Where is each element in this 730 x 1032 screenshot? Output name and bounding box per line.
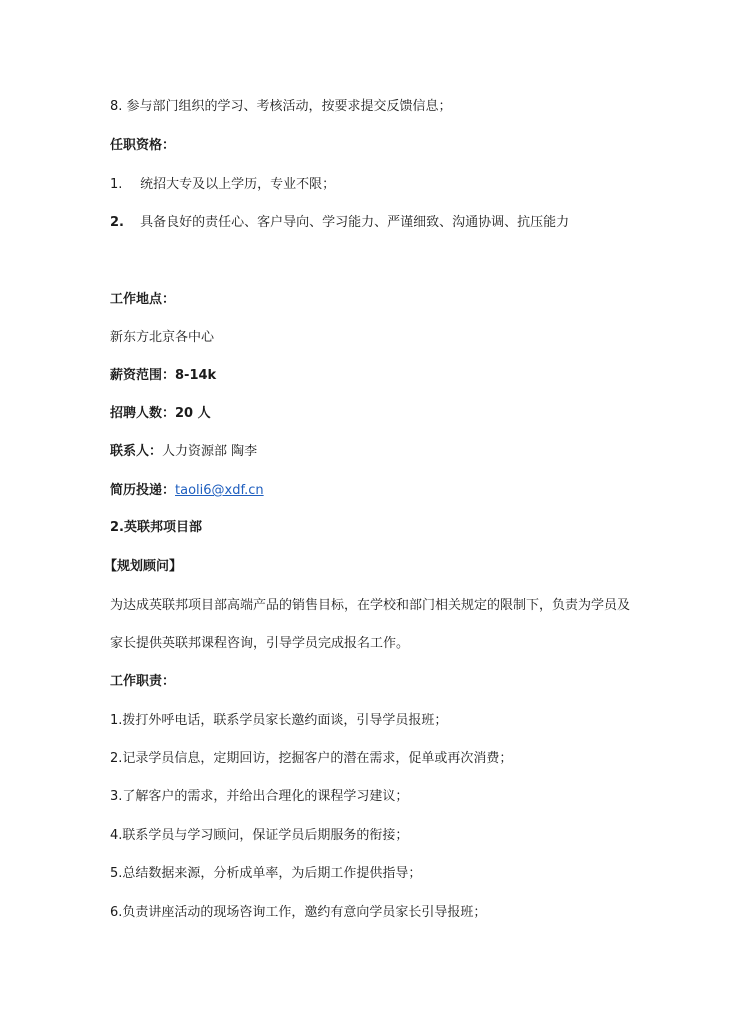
- contact-line: 联系人：人力资源部 陶李: [110, 442, 257, 462]
- location-value: 新东方北京各中心: [110, 328, 214, 348]
- contact-label: 联系人：: [110, 444, 162, 459]
- qualifications-heading: 任职资格：: [110, 136, 175, 156]
- position-title: 【规划顾问】: [104, 557, 182, 577]
- description-line-2: 家长提供英联邦课程咨询，引导学员完成报名工作。: [110, 634, 409, 654]
- qualification-item-2: 2. 具备良好的责任心、客户导向、学习能力、严谨细致、沟通协调、抗压能力: [110, 213, 569, 233]
- salary-range: 薪资范围：8-14k: [110, 366, 216, 386]
- qualification-number: 1.: [110, 175, 136, 195]
- qualification-text: 统招大专及以上学历，专业不限；: [140, 177, 335, 192]
- qualification-number: 2.: [110, 213, 136, 233]
- duty-item: 2.记录学员信息，定期回访，挖掘客户的潜在需求，促单或再次消费；: [110, 749, 512, 769]
- headcount: 招聘人数：20 人: [110, 404, 211, 424]
- resume-email-link[interactable]: taoli6@xdf.cn: [175, 483, 264, 498]
- qualification-item-1: 1. 统招大专及以上学历，专业不限；: [110, 175, 335, 195]
- duty-item: 3.了解客户的需求，并给出合理化的课程学习建议；: [110, 787, 408, 807]
- duty-item: 5.总结数据来源，分析成单率，为后期工作提供指导；: [110, 864, 421, 884]
- contact-value: 人力资源部 陶李: [162, 444, 257, 459]
- section-title: 2.英联邦项目部: [110, 518, 202, 538]
- duty-item: 6.负责讲座活动的现场咨询工作，邀约有意向学员家长引导报班；: [110, 903, 486, 923]
- resume-line: 简历投递：taoli6@xdf.cn: [110, 481, 264, 501]
- description-line-1: 为达成英联邦项目部高端产品的销售目标，在学校和部门相关规定的限制下，负责为学员及: [110, 596, 630, 616]
- location-heading: 工作地点：: [110, 290, 175, 310]
- duty-item: 1.拨打外呼电话，联系学员家长邀约面谈，引导学员报班；: [110, 711, 447, 731]
- duty-item-8: 8. 参与部门组织的学习、考核活动，按要求提交反馈信息；: [110, 97, 452, 117]
- qualification-text: 具备良好的责任心、客户导向、学习能力、严谨细致、沟通协调、抗压能力: [140, 215, 569, 230]
- duties-heading: 工作职责：: [110, 672, 175, 692]
- duty-item: 4.联系学员与学习顾问，保证学员后期服务的衔接；: [110, 826, 408, 846]
- resume-label: 简历投递：: [110, 483, 175, 498]
